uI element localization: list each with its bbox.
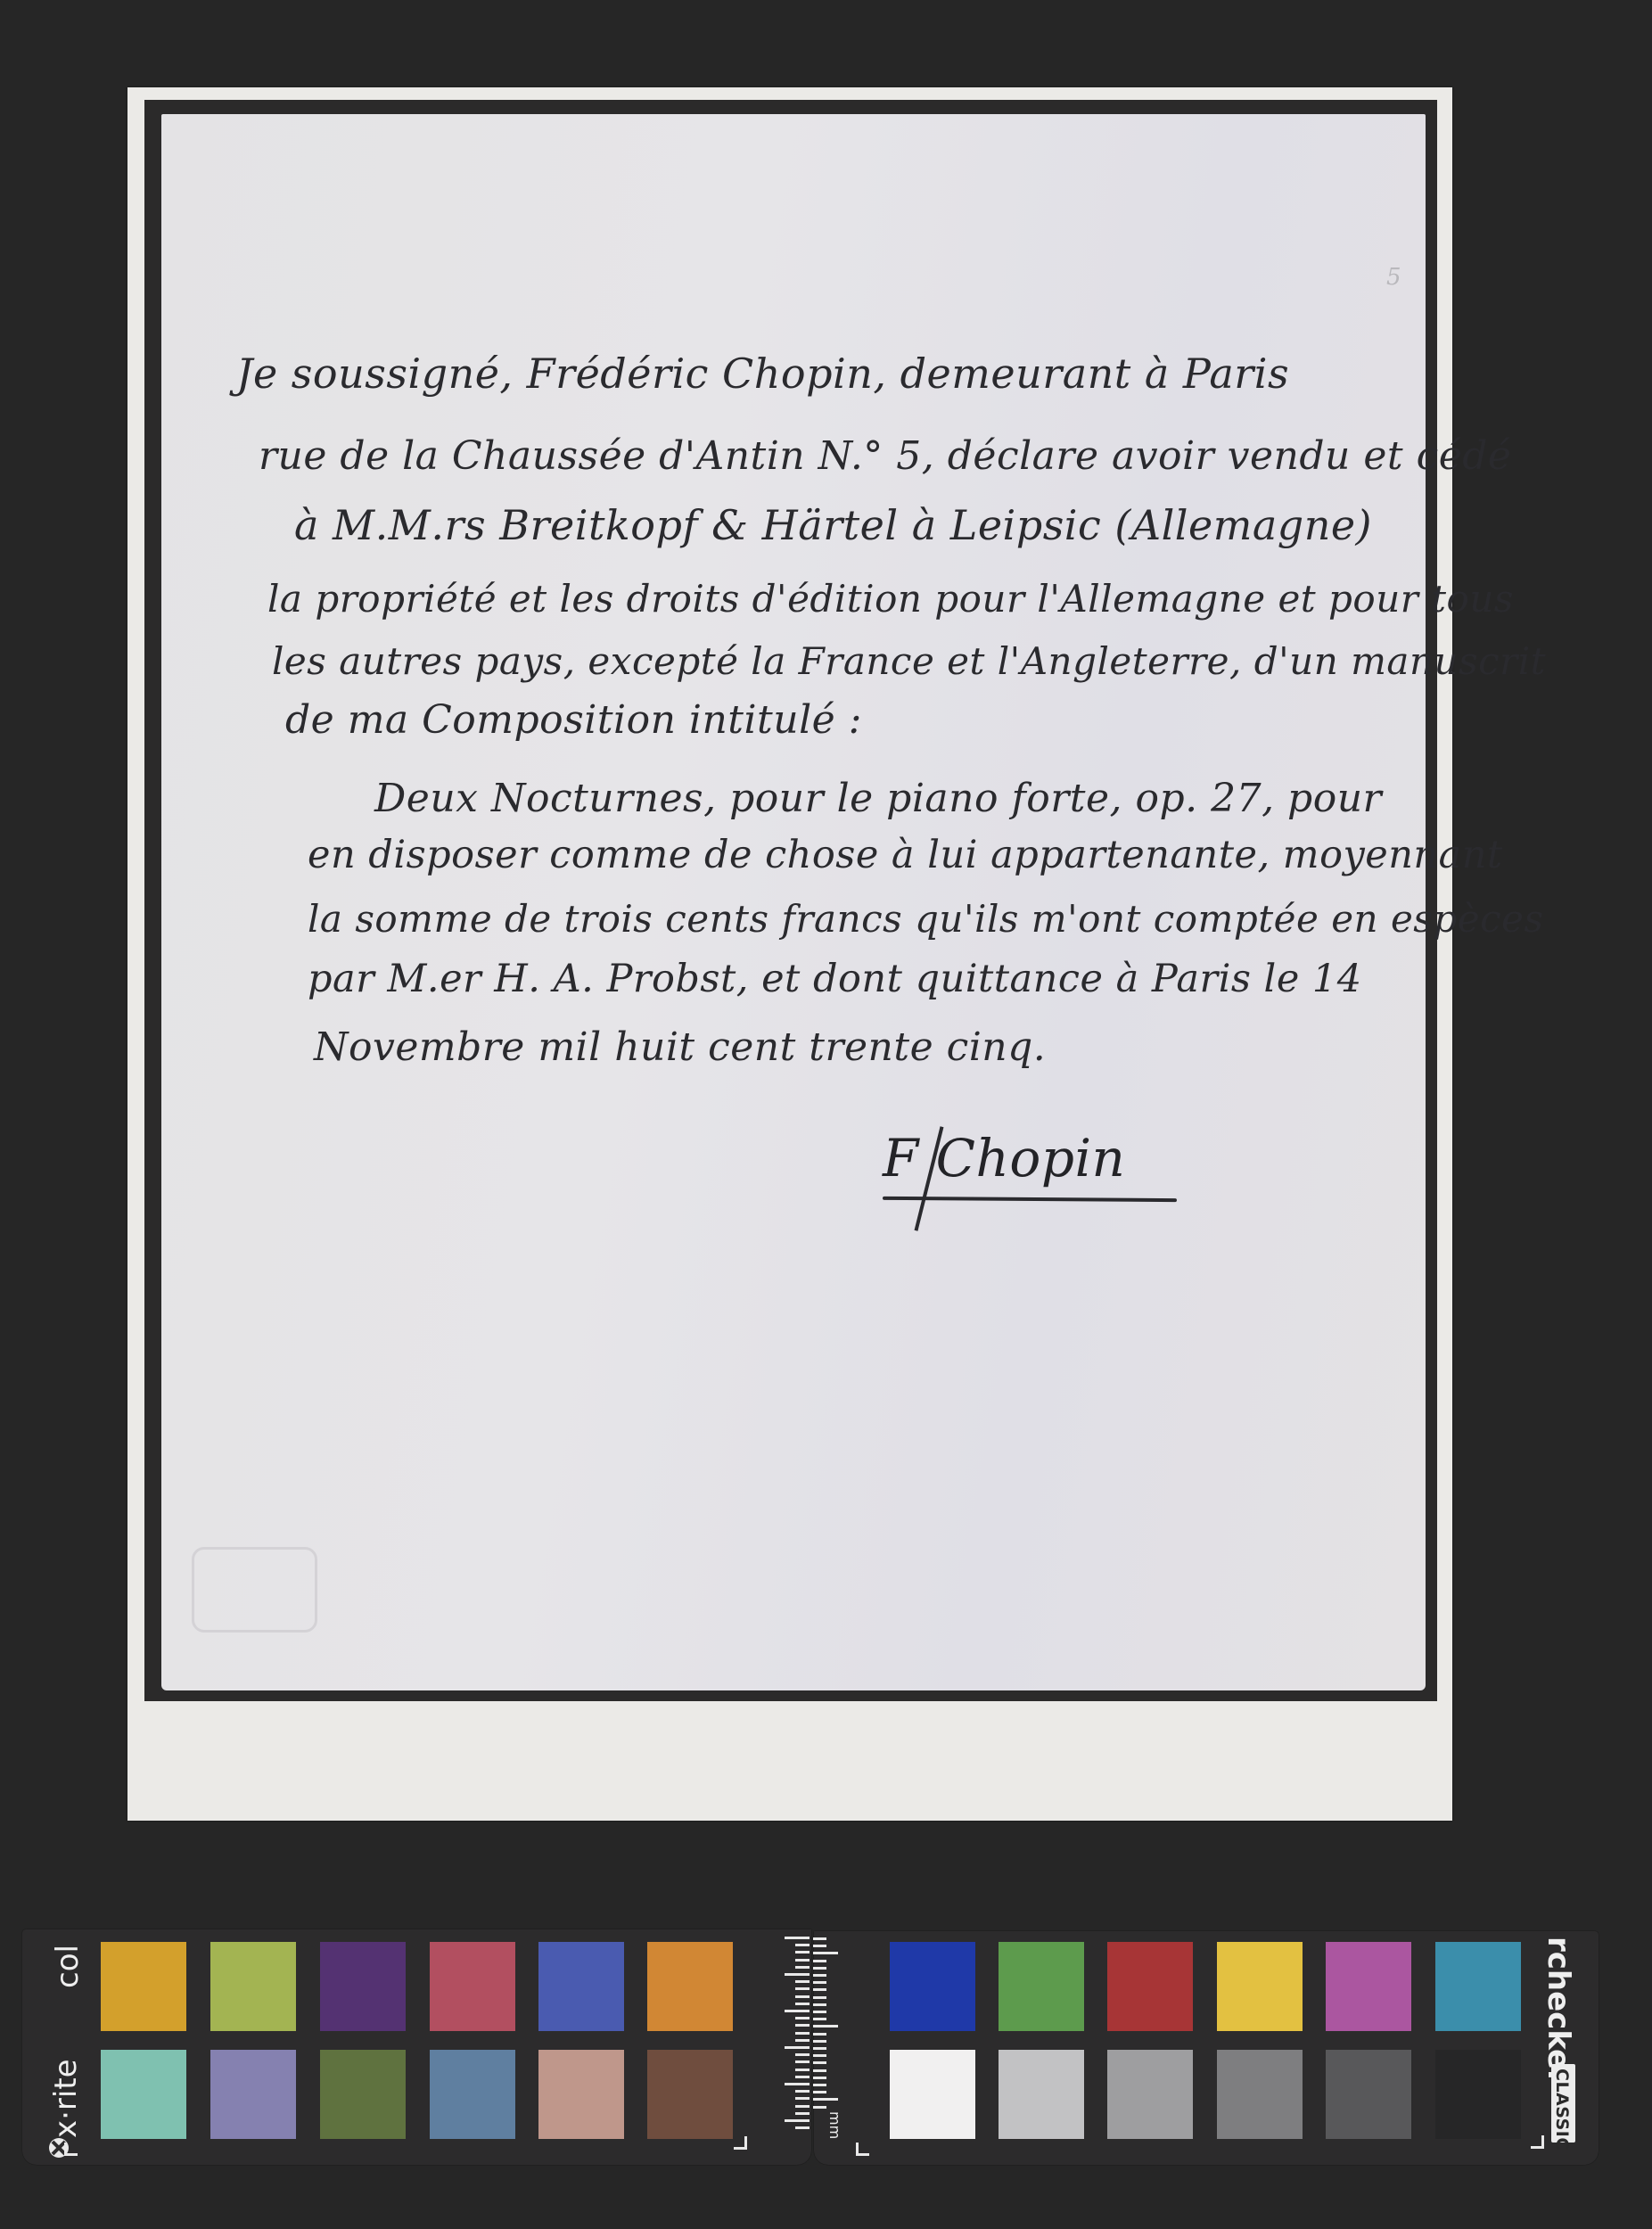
ruler-tick xyxy=(795,2003,810,2005)
ruler-tick xyxy=(795,2053,810,2056)
manuscript-line-7: Deux Nocturnes, pour le piano forte, op.… xyxy=(374,779,1382,818)
ruler-tick xyxy=(785,2119,810,2122)
manuscript-line-10: par M.er H. A. Probst, et dont quittance… xyxy=(308,960,1362,999)
manuscript-line-6: de ma Composition intitulé : xyxy=(285,701,862,740)
ruler-tick xyxy=(795,2017,810,2019)
ruler-tick xyxy=(813,2047,826,2050)
color-patch xyxy=(1217,2050,1303,2139)
crop-corner-icon xyxy=(856,2143,869,2156)
ruler-tick xyxy=(795,2024,810,2027)
color-patch xyxy=(538,1942,624,2031)
ruler-tick xyxy=(813,1974,826,1977)
ruler-tick xyxy=(813,2084,826,2086)
ruler-tick xyxy=(795,2105,810,2108)
pencil-page-number: 5 xyxy=(1386,266,1406,292)
ruler-tick xyxy=(813,2033,826,2036)
checker-label-col: col xyxy=(50,1945,86,1988)
ruler-tick xyxy=(795,2032,810,2035)
color-patch xyxy=(890,1942,975,2031)
ruler-tick xyxy=(785,2046,810,2049)
ruler-tick xyxy=(785,1973,810,1976)
ruler-tick xyxy=(785,2010,810,2012)
ruler-tick xyxy=(785,1937,810,1939)
signature: F Chopin xyxy=(883,1132,1125,1184)
manuscript-line-1: Je soussigné, Frédéric Chopin, demeurant… xyxy=(236,353,1289,394)
ruler-tick xyxy=(795,1966,810,1969)
ruler-tick xyxy=(813,2106,826,2109)
ruler-tick xyxy=(795,1951,810,1953)
color-patch xyxy=(210,2050,296,2139)
color-patch xyxy=(1326,1942,1411,2031)
manuscript-line-3: à M.M.rs Breitkopf & Härtel à Leipsic (A… xyxy=(294,505,1372,546)
ruler-tick xyxy=(813,2054,826,2057)
ruler-tick xyxy=(795,2069,810,2071)
color-patch xyxy=(101,2050,186,2139)
ruler-tick xyxy=(795,2090,810,2093)
ruler-tick xyxy=(813,1960,826,1962)
ruler-tick xyxy=(813,2061,826,2064)
colorchecker-label: rchecker xyxy=(1541,1937,1576,2085)
ruler-tick xyxy=(795,2076,810,2078)
color-patch xyxy=(430,2050,515,2139)
color-patch xyxy=(890,2050,975,2139)
xrite-logo-text: x·rite xyxy=(48,2059,84,2138)
ruler-tick xyxy=(813,2091,826,2093)
mm-ruler xyxy=(785,1931,840,2136)
ruler-tick xyxy=(795,2060,810,2063)
manuscript-line-5: les autres pays, excepté la France et l'… xyxy=(272,643,1546,680)
ruler-tick xyxy=(813,1945,826,1947)
ruler-tick xyxy=(795,1987,810,1990)
color-patch xyxy=(647,2050,733,2139)
color-patch xyxy=(1326,2050,1411,2139)
color-patch xyxy=(999,1942,1084,2031)
color-patch xyxy=(210,1942,296,2031)
manuscript-line-11: Novembre mil huit cent trente cinq. xyxy=(314,1028,1046,1067)
ruler-tick xyxy=(813,2011,826,2013)
color-patch xyxy=(1107,1942,1193,2031)
ruler-tick xyxy=(813,1996,826,1999)
color-patch xyxy=(430,1942,515,2031)
manuscript-line-9: la somme de trois cents francs qu'ils m'… xyxy=(308,901,1544,938)
ruler-tick xyxy=(813,1988,826,1991)
manuscript-line-2: rue de la Chaussée d'Antin N.° 5, déclar… xyxy=(259,437,1511,476)
ruler-tick xyxy=(813,2003,826,2006)
crop-corner-icon xyxy=(734,2136,747,2150)
color-patch xyxy=(999,2050,1084,2139)
ruler-tick xyxy=(785,2083,810,2085)
ruler-tick xyxy=(813,1952,838,1954)
ruler-tick xyxy=(813,2040,826,2043)
ruler-tick xyxy=(795,2126,810,2129)
ruler-tick xyxy=(795,2097,810,2100)
ruler-tick xyxy=(813,1967,826,1970)
ruler-tick xyxy=(813,2098,838,2101)
classic-badge-text: CLASSIC xyxy=(1552,2069,1572,2151)
ruler-tick xyxy=(813,2077,826,2079)
crop-corner-icon xyxy=(1531,2135,1544,2149)
color-patch xyxy=(1435,1942,1521,2031)
manuscript-line-4: la propriété et les droits d'édition pou… xyxy=(267,580,1514,618)
color-patch xyxy=(320,1942,406,2031)
ruler-tick xyxy=(813,2025,838,2027)
ruler-tick xyxy=(813,2018,826,2020)
ruler-tick xyxy=(795,1959,810,1962)
color-patch xyxy=(1217,1942,1303,2031)
color-patch xyxy=(1107,2050,1193,2139)
ruler-tick xyxy=(795,1980,810,1983)
ruler-unit-label: mm xyxy=(826,2111,843,2139)
ruler-tick xyxy=(795,2112,810,2115)
color-patch xyxy=(647,1942,733,2031)
crop-corner-icon xyxy=(64,2143,78,2156)
ruler-tick xyxy=(813,2069,826,2072)
ruler-tick xyxy=(795,1995,810,1998)
color-patch xyxy=(101,1942,186,2031)
ruler-tick xyxy=(813,1937,826,1940)
ruler-tick xyxy=(813,1981,826,1984)
color-patch xyxy=(320,2050,406,2139)
ruler-tick xyxy=(795,1944,810,1946)
ruler-tick xyxy=(795,2039,810,2042)
faint-library-stamp xyxy=(192,1547,317,1633)
manuscript-line-8: en disposer comme de chose à lui apparte… xyxy=(308,836,1503,875)
color-patch xyxy=(1435,2050,1521,2139)
color-patch xyxy=(538,2050,624,2139)
